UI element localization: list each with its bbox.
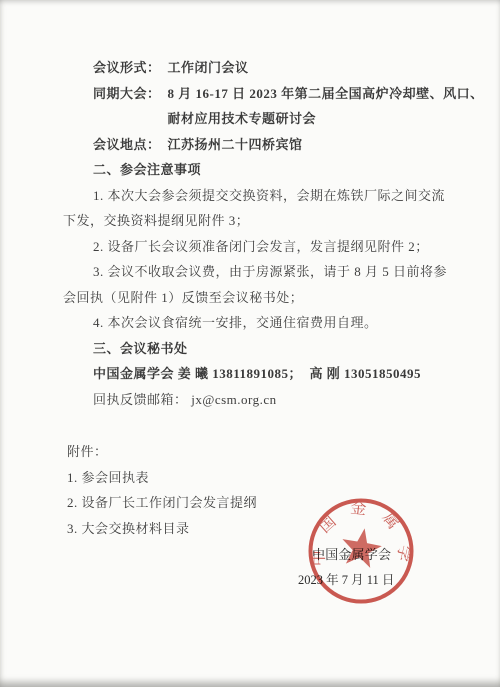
meeting-format-label: 会议形式：	[93, 55, 161, 81]
document-page: 会议形式： 工作闭门会议 同期大会： 8 月 16-17 日 2023 年第二届…	[0, 0, 500, 687]
section-secretariat-heading: 三、会议秘书处	[63, 336, 474, 362]
note-item3-line1: 3. 会议不收取会议费，由于房源紧张，请于 8 月 5 日前将参	[63, 259, 474, 285]
attachment-item-2: 2. 设备厂长工作闭门会发言提纲	[67, 490, 474, 516]
note-item1-line1: 1. 本次大会参会须提交交换资料，会期在炼铁厂际之间交流	[63, 183, 474, 209]
attachment-item-3: 3. 大会交换材料目录	[67, 516, 474, 542]
meeting-venue-row: 会议地点： 江苏扬州二十四桥宾馆	[93, 132, 474, 158]
meeting-format-row: 会议形式： 工作闭门会议	[93, 55, 474, 81]
concurrent-conference-line2: 耐材应用技术专题研讨会	[168, 106, 484, 132]
concurrent-conference-line1: 8 月 16-17 日 2023 年第二届全国高炉冷却壁、风口、	[168, 81, 484, 107]
note-item2: 2. 设备厂长会议须准备闭门会发言，发言提纲见附件 2；	[63, 234, 474, 260]
attachments-list: 附件： 1. 参会回执表 2. 设备厂长工作闭门会发言提纲 3. 大会交换材料目…	[63, 439, 474, 541]
seal-org-name-text: 中国金属学会	[312, 544, 391, 563]
meeting-venue-label: 会议地点：	[93, 132, 161, 158]
meeting-format-value: 工作闭门会议	[168, 55, 249, 81]
note-item4: 4. 本次会议食宿统一安排，交通住宿费用自理。	[63, 310, 474, 336]
secretariat-email: 回执反馈邮箱： jx@csm.org.cn	[63, 387, 474, 413]
note-item3-line2: 会回执（见附件 1）反馈至会议秘书处；	[63, 285, 474, 311]
concurrent-conference-row: 同期大会： 8 月 16-17 日 2023 年第二届全国高炉冷却壁、风口、 耐…	[93, 81, 474, 132]
attachment-item-1: 1. 参会回执表	[67, 465, 474, 491]
concurrent-conference-label: 同期大会：	[93, 81, 161, 132]
concurrent-conference-value: 8 月 16-17 日 2023 年第二届全国高炉冷却壁、风口、 耐材应用技术专…	[168, 81, 484, 132]
document-body: 会议形式： 工作闭门会议 同期大会： 8 月 16-17 日 2023 年第二届…	[63, 55, 474, 541]
meeting-venue-value: 江苏扬州二十四桥宾馆	[168, 132, 303, 158]
seal-date-text: 2023 年 7 月 11 日	[298, 570, 394, 588]
secretariat-contacts: 中国金属学会 姜 曦 13811891085； 高 刚 13051850495	[63, 361, 474, 387]
note-item1-line2: 下发，交换资料提纲见附件 3；	[63, 208, 474, 234]
attachments-heading: 附件：	[67, 439, 474, 465]
section-notes-heading: 二、参会注意事项	[63, 157, 474, 183]
